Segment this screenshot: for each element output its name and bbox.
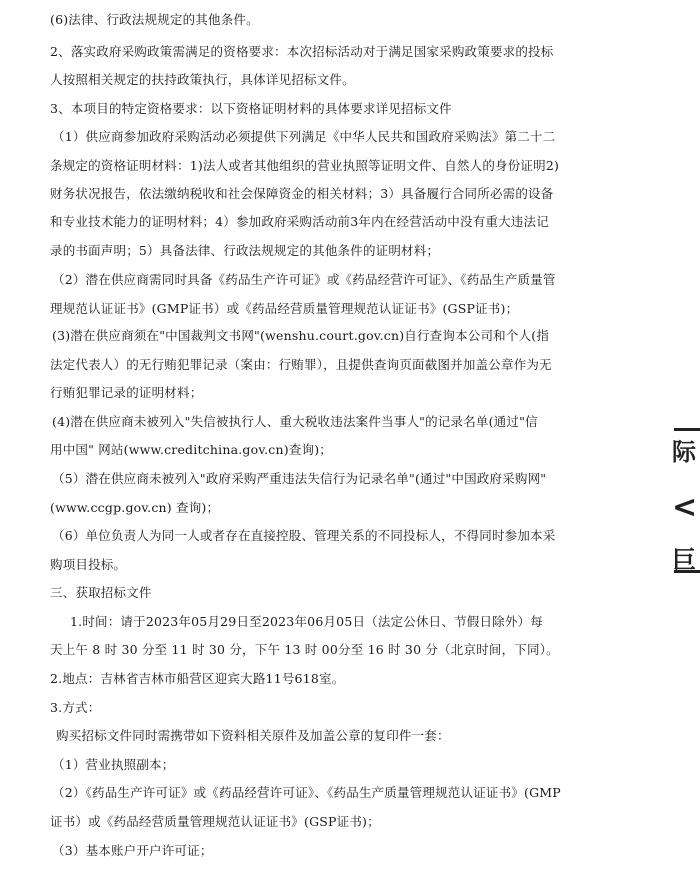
text-line: (4)潜在供应商未被列入"失信被执行人、重大税收违法案件当事人"的记录名单(通过…: [52, 414, 538, 430]
text-line: （2）《药品生产许可证》或《药品经营许可证》、《药品生产质量管理规范认证证书》(…: [52, 785, 561, 801]
text-line: 2.地点：吉林省吉林市船营区迎宾大路11号618室。: [50, 671, 344, 687]
text-line: （3）基本账户开户许可证；: [52, 843, 213, 859]
seal-stamp-fragment: 际 < 巨: [672, 420, 700, 580]
text-line: 财务状况报告，依法缴纳税收和社会保障资金的相关材料；3）具备履行合同所必需的设备: [50, 186, 553, 202]
text-line: 证书）或《药品经营质量管理规范认证证书》(GSP证书)；: [50, 814, 380, 830]
text-line: 法定代表人）的无行贿犯罪记录（案由：行贿罪），且提供查询页面截图并加盖公章作为无: [50, 357, 552, 373]
text-line: 三、获取招标文件: [50, 585, 152, 601]
text-line: 人按照相关规定的扶持政策执行，具体详见招标文件。: [50, 72, 355, 88]
stamp-char-2: <: [672, 490, 697, 525]
text-line: （2）潜在供应商需同时具备《药品生产许可证》或《药品经营许可证》、《药品生产质量…: [52, 272, 556, 288]
text-line: 行贿犯罪记录的证明材料；: [50, 385, 202, 401]
text-line: （1）供应商参加政府采购活动必须提供下列满足《中华人民共和国政府采购法》第二十二: [52, 129, 555, 145]
text-line: （6）单位负责人为同一人或者存在直接控股、管理关系的不同投标人，不得同时参加本采: [52, 528, 555, 544]
stamp-border-top: [674, 428, 700, 431]
text-line: 3、本项目的特定资格要求：以下资格证明材料的具体要求详见招标文件: [50, 101, 452, 117]
text-line: (6)法律、行政法规规定的其他条件。: [50, 12, 259, 28]
text-line: 3.方式：: [50, 700, 100, 716]
text-line: 1.时间：请于2023年05月29日至2023年06月05日（法定公休日、节假日…: [70, 614, 543, 630]
text-line: 条规定的资格证明材料：1)法人或者其他组织的营业执照等证明文件、自然人的身份证明…: [50, 158, 559, 174]
text-line: (www.ccgp.gov.cn) 查询)；: [50, 500, 219, 516]
text-line: 2、落实政府采购政策需满足的资格要求：本次招标活动对于满足国家采购政策要求的投标: [50, 44, 553, 60]
text-line: （5）潜在供应商未被列入"政府采购严重违法失信行为记录名单"(通过"中国政府采购…: [52, 471, 546, 487]
document-page: (6)法律、行政法规规定的其他条件。2、落实政府采购政策需满足的资格要求：本次招…: [0, 0, 700, 871]
text-line: 和专业技术能力的证明材料；4）参加政府采购活动前3年内在经营活动中没有重大违法记: [50, 214, 549, 230]
stamp-border-bottom: [674, 570, 700, 573]
text-line: 理规范认证证书》(GMP证书）或《药品经营质量管理规范认证证书》(GSP证书)；: [50, 301, 518, 317]
text-line: 用中国" 网站(www.creditchina.gov.cn)查询)；: [50, 442, 332, 458]
text-line: 录的书面声明；5）具备法律、行政法规规定的其他条件的证明材料；: [50, 243, 439, 259]
text-line: (3)潜在供应商须在"中国裁判文书网"(wenshu.court.gov.cn)…: [52, 328, 549, 344]
text-line: 购项目投标。: [50, 557, 126, 573]
text-line: （1）营业执照副本；: [52, 757, 174, 773]
stamp-char-1: 际: [672, 432, 696, 467]
text-line: 天上午 8 时 30 分至 11 时 30 分，下午 13 时 00分至 16 …: [50, 642, 559, 658]
text-line: 购买招标文件同时需携带如下资料相关原件及加盖公章的复印件一套：: [56, 728, 450, 744]
